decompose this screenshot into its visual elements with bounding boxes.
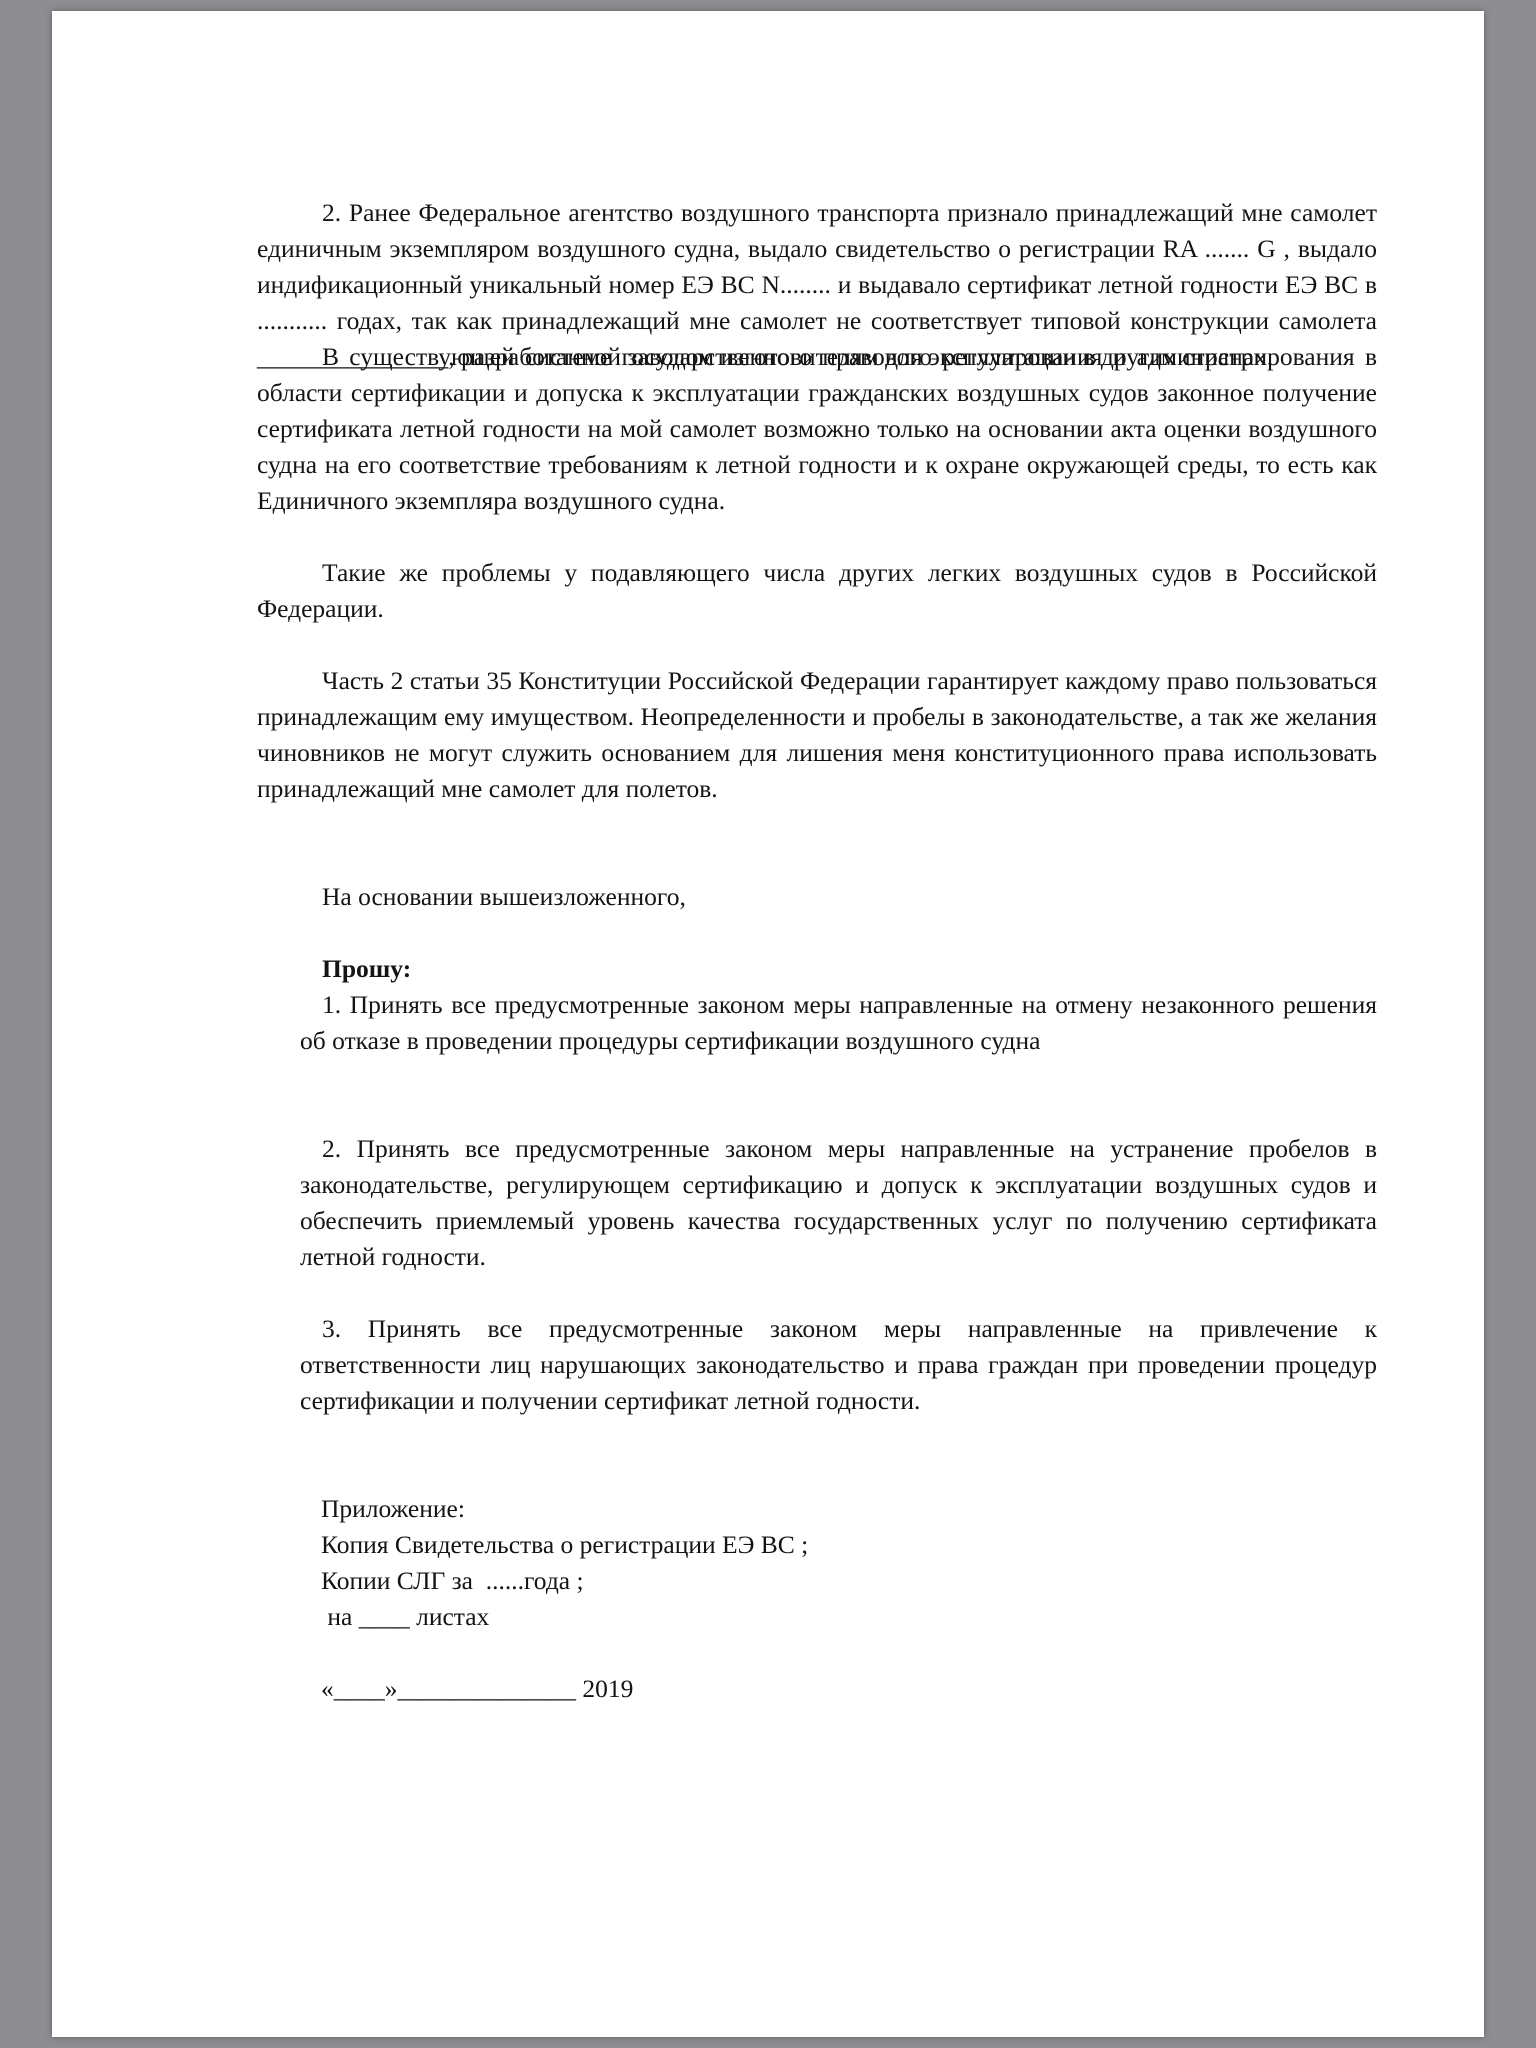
request-item: 1. Принять все предусмотренные законом м… [300,987,1377,1059]
appendix-item: на ____ листах [321,1599,808,1635]
request-item: 2. Принять все предусмотренные законом м… [300,1131,1377,1275]
appendix-title: Приложение: [321,1491,808,1527]
document-page: 2. Ранее Федеральное агентство воздушног… [52,11,1484,2037]
appendix-item: Копия Свидетельства о регистрации ЕЭ ВС … [321,1527,808,1563]
date-line: «____»______________ 2019 [321,1671,633,1707]
appendix-item: Копии СЛГ за ......года ; [321,1563,808,1599]
paragraph-constitution: Часть 2 статьи 35 Конституции Российской… [257,663,1377,807]
conclusion-intro: На основании вышеизложенного, [322,879,686,915]
appendix-block: Приложение: Копия Свидетельства о регист… [321,1491,808,1635]
request-item: 3. Принять все предусмотренные законом м… [300,1311,1377,1419]
paragraph-regulation-system: В существующей системе государственного … [257,339,1377,519]
request-heading: Прошу: [322,951,411,987]
paragraph-similar-problems: Такие же проблемы у подавляющего числа д… [257,555,1377,627]
